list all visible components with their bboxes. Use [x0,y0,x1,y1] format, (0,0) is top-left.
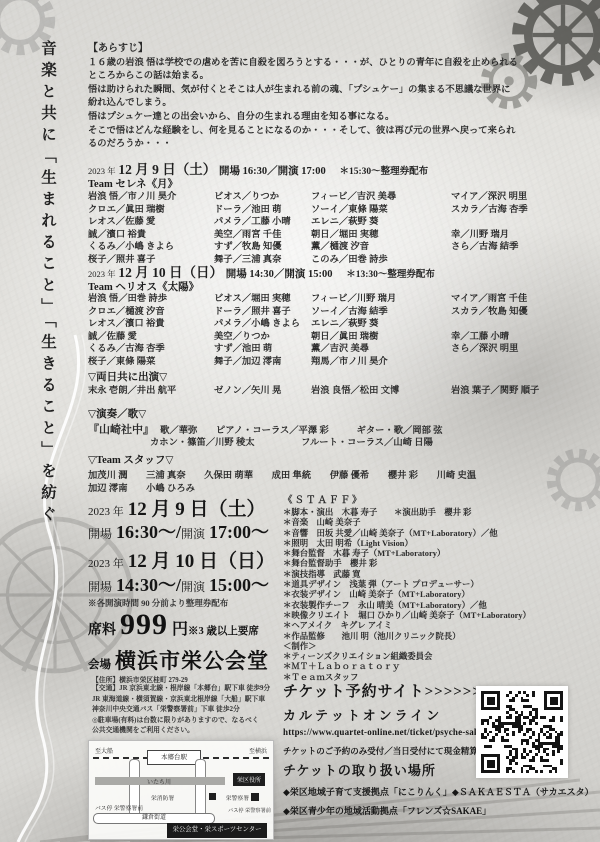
map-bus-stop-right: バス停 栄警察署前 [228,807,271,814]
cast-entry: 幸／工藤 小晴 [451,331,580,344]
map-fire-station-label: 栄消防署 [151,793,174,802]
price-line: 席料 999 円※3 歳以上要席 [88,608,259,642]
synopsis-line: るのだろうか・・・ [88,138,566,152]
staff-line: ＊音楽 山崎 美奈子 [283,518,583,528]
cast-entry: さら／深沢 明里 [451,343,580,356]
staff-line: ＊映像クリエイト 堀口 ひかり／山崎 美奈子（MT+Laboratory） [283,611,583,621]
staff-heading: 《ＳＴＡＦＦ》 [283,492,583,506]
access-line: 公共交通機関をご利用ください。 [92,726,292,737]
cast-entry: 誠／佐藤 愛 [88,331,214,344]
cast-entry: エレニ／萩野 葵 [311,216,451,229]
staff-credits: 《ＳＴＡＦＦ》 ＊脚本・演出 木暮 寿子 ＊演出助手 櫻井 彩 ＊音楽 山崎 美… [283,492,583,683]
staff-line: ＜制作＞ [283,642,583,652]
day1-ticket-note: ＊15:30～整理券配布 [340,167,429,177]
cast-entry: ビオス／りつか [214,191,311,204]
synopsis-heading: 【あらすじ】 [88,42,566,56]
cast-entry: すず／池田 萌 [214,343,311,356]
access-line: 【交通】JR 京浜東北線・根岸線「本郷台」駅下車 徒歩9分 [92,684,292,695]
day2-year: 2023 年 [88,269,116,279]
staff-line: ＊照明 太田 明希（Light Vision） [283,539,583,549]
open-time-2: 14:30～ [116,575,176,595]
cast-entry: フィービ／吉沢 美尋 [311,191,451,204]
map-river-label: いたち川 [147,777,171,786]
venue-map: 至大船 本郷台駅 至横浜 いたち川 栄区役所 栄消防署 バス停 栄警察署前 栄警… [88,740,274,840]
staff-line: ＊衣装デザイン 山崎 美奈子（MT+Laboratory） [283,590,583,600]
open-label: 開場 [88,527,112,541]
access-info: 【交通】JR 京浜東北線・根岸線「本郷台」駅下車 徒歩9分 JR 東海道線・横須… [92,684,292,737]
cast-entry: 翔馬／市ノ川 昊介 [311,356,451,369]
cast-grid-selene: 岩浪 悟／市ノ川 昊介ビオス／りつかフィービ／吉沢 美尋マイア／深沢 明里 クロ… [88,191,580,267]
staff-line: ＊衣装製作チーフ 永山 晴美（MT+Laboratory）／他 [283,601,583,611]
venue-name: 横浜市栄公会堂 [115,649,269,673]
cast-entry: くるみ／古海 杏季 [88,343,214,356]
staff-line: ＊舞台監督助手 櫻井 彩 [283,559,583,569]
schedule-day-2: 12 月 10 日（日） [128,551,275,572]
staff-line: ＊ＭＴ＋Ｌａｂｏｒａｔｏｒｙ [283,662,583,672]
music-members-2: カホン・篠笛／川野 稜太 フルート・コーラス／山崎 日陽 [150,438,433,448]
day1-time: 開場 16:30／開演 17:00 [219,166,326,177]
access-line: JR 東海道線・横須賀線・京浜東北根岸線「大船」駅下車 [92,695,292,706]
cast-entry: 美空／りつか [214,331,311,344]
cast-entry: 薫／吉沢 美尋 [311,343,451,356]
open-label: 開場 [88,580,112,594]
music-heading: ▽演奏／歌▽ [88,406,146,421]
schedule-year-2: 2023 年 [88,558,124,570]
vertical-headline: 音楽と共に「生まれること」「生きること」を紡ぐ [36,40,58,540]
day2-ticket-note: ＊13:30～整理券配布 [346,270,435,280]
ticket-place: ◆栄区青少年の地域活動拠点「フレンズ☆SAKAE」 [283,804,583,817]
cast-entry: 桜子／東條 陽菜 [88,356,214,369]
cast-entry: フィービ／川野 瑞月 [311,293,451,306]
schedule-date-2: 2023 年 12 月 10 日（日） [88,546,275,573]
cast-entry: 岩浪 葉子／関野 順子 [451,385,580,398]
cast-entry: スカラ／古海 杏季 [451,204,580,217]
cast-entry: 末永 壱朗／井出 航平 [88,385,214,398]
staff-line: ＊道具デザイン 浅葉 弾（アート プロデューサー） [283,580,583,590]
day2-date: 12 月 10 日（日） [118,265,223,280]
cast-entry: 美空／雨宮 千佳 [214,229,311,242]
both-days-heading: ▽両日共に出演▽ [88,369,167,384]
cast-entry: スカラ／牧島 知優 [451,306,580,319]
music-group-name: 『山崎社中』 [88,424,149,436]
staff-line: ＊作品監修 池川 明（池川クリニック院長） [283,632,583,642]
cast-entry: レオス／佐藤 愛 [88,216,214,229]
cast-entry [451,216,580,229]
team-selene-name: Team セレネ《月》 [88,176,178,191]
map-direction-left: 至大船 [95,746,113,755]
cast-entry: ゼノン／矢川 晃 [214,385,311,398]
cast-entry: マイア／雨宮 千佳 [451,293,580,306]
cast-entry [451,356,580,369]
cast-grid-helios: 岩浪 悟／田巻 詩歩ビオス／堀田 実穂フィービ／川野 瑞月マイア／雨宮 千佳 ク… [88,293,580,369]
both-days-grid: 末永 壱朗／井出 航平 ゼノン／矢川 晃 岩浪 良悟／松田 文博 岩浪 葉子／関… [88,385,580,398]
synopsis-line: １６歳の岩浪 悟は学校での虐めを苦に自殺を図ろうとする・・・が、ひとりの青年に自… [88,57,566,71]
cast-entry: レオス／濱口 裕貴 [88,318,214,331]
cast-entry: 岩浪 悟／市ノ川 昊介 [88,191,214,204]
schedule-times-2: 開場 14:30～/開演 15:00～ [88,571,269,597]
staff-line: ＊ヘアメイク キグレ アイミ [283,621,583,631]
start-label: 開演 [181,527,205,541]
day1-date: 12 月 9 日（土） [118,162,216,177]
map-direction-right: 至横浜 [249,746,267,755]
cast-entry: ドーラ／照井 喜子 [214,306,311,319]
qr-code [476,686,568,778]
staff-line: ＊舞台監督 木暮 寿子（MT+Laboratory） [283,549,583,559]
synopsis-line: 紛れ込んでしまう。 [88,97,566,111]
cast-entry [451,318,580,331]
cast-entry: ソーイ／東條 陽菜 [311,204,451,217]
map-police-marker [251,793,259,801]
cast-entry: くるみ／小嶋 きよら [88,241,214,254]
price-unit: 円 [172,621,188,638]
venue-line: 会場 横浜市栄公会堂 [88,645,269,675]
team-staff-row-1: 加茂川 潤 三浦 真奈 久保田 萌華 成田 隼統 伊藤 優希 櫻井 彩 川崎 史… [88,467,578,481]
venue-label: 会場 [88,659,111,671]
venue-address: 【住所】横浜市栄区桂町 279-29 [92,674,188,684]
day2-time: 開場 14:30／開演 15:00 [226,269,333,280]
synopsis-block: 【あらすじ】 １６歳の岩浪 悟は学校での虐めを苦に自殺を図ろうとする・・・が、ひ… [88,42,566,152]
staff-line: ＊音響 田坂 共愛／山崎 美奈子（MT+Laboratory）／他 [283,529,583,539]
map-police-label: 栄警察署 [226,793,249,802]
cast-entry: エレニ／萩野 葵 [311,318,451,331]
cast-entry: 朝日／堀田 実穂 [311,229,451,242]
access-line: 神奈川中央交通バス「栄警察署前」下車 徒歩2分 [92,705,292,716]
map-station: 本郷台駅 [147,750,201,765]
qr-pattern [481,691,563,773]
cast-entry: マイア／深沢 明里 [451,191,580,204]
cast-entry: 幸／川野 瑞月 [451,229,580,242]
cast-entry: 朝日／眞田 瑞樹 [311,331,451,344]
synopsis-line: 悟は助けられた瞬間、気が付くとそこは人が生まれる前の魂、「プシュケー」の集まる不… [88,84,566,98]
qr-finder [544,691,563,710]
cast-entry: パメラ／小嶋 きよら [214,318,311,331]
cast-entry: さら／古海 結季 [451,241,580,254]
day1-year: 2023 年 [88,166,116,176]
cast-entry: すず／牧島 知優 [214,241,311,254]
synopsis-line: 悟はプシュケー達との出会いから、自分の生まれる理由を知る事になる。 [88,111,566,125]
cast-entry: 舞子／加辺 澪南 [214,356,311,369]
map-bus-stop-left: バス停 栄警察署前 [95,803,143,812]
cast-entry: パメラ／工藤 小晴 [214,216,311,229]
qr-finder [481,691,500,710]
day1-date-line: 2023 年 12 月 9 日（土） 開場 16:30／開演 17:00 ＊15… [88,158,578,178]
synopsis-line: そこで悟はどんな経験をし、何を見ることになるのか・・・そして、彼は再び元の世界へ… [88,125,566,139]
music-line-2: カホン・篠笛／川野 稜太 フルート・コーラス／山崎 日陽 [150,434,600,448]
ticket-place: ◆栄区地域子育て支援拠点「にこりんく」◆ＳＡＫＡＥＳＴＡ（サカエスタ） [283,785,583,798]
price-value: 999 [120,608,168,641]
map-fire-station-marker [209,793,216,800]
map-venue-box: 栄公会堂・栄スポーツセンター [167,823,267,838]
day2-date-line: 2023 年 12 月 10 日（日） 開場 14:30／開演 15:00 ＊1… [88,261,578,281]
staff-line: ＊脚本・演出 木暮 寿子 ＊演出助手 櫻井 彩 [283,508,583,518]
cast-entry: 薫／樋渡 汐音 [311,241,451,254]
staff-line: ＊演技指導 武藤 寛 [283,570,583,580]
cast-entry: 誠／濱口 裕貴 [88,229,214,242]
staff-line: ＊ティーンズクリエイション組織委員会 [283,652,583,662]
price-label: 席料 [88,623,116,638]
team-staff-heading: ▽Team スタッフ▽ [88,452,173,467]
start-label: 開演 [181,580,205,594]
access-line: ◎駐車場(有料)は台数に限りがありますので、なるべく [92,716,292,727]
qr-finder [481,754,500,773]
cast-entry: 岩浪 良悟／松田 文博 [311,385,451,398]
cast-entry: ビオス／堀田 実穂 [214,293,311,306]
schedule-year-1: 2023 年 [88,506,124,518]
team-helios-name: Team ヘリオス《太陽》 [88,279,199,294]
flyer-page: 音楽と共に「生まれること」「生きること」を紡ぐ 【あらすじ】 １６歳の岩浪 悟は… [0,0,600,842]
map-ward-office: 栄区役所 [233,773,265,786]
cast-entry: クロエ／眞田 瑞樹 [88,204,214,217]
schedule-day-1: 12 月 9 日（土） [128,499,266,520]
synopsis-line: ところからこの話は始まる。 [88,70,566,84]
start-time-1: 17:00～ [209,522,269,542]
schedule-date-1: 2023 年 12 月 9 日（土） [88,494,266,521]
schedule-times-1: 開場 16:30～/開演 17:00～ [88,518,269,544]
cast-entry: 岩浪 悟／田巻 詩歩 [88,293,214,306]
open-time-1: 16:30～ [116,522,176,542]
cast-entry: ソーイ／古海 結季 [311,306,451,319]
cast-entry: クロエ／樋渡 汐音 [88,306,214,319]
start-time-2: 15:00～ [209,575,269,595]
price-note: ※3 歳以上要席 [188,626,259,637]
cast-entry: ドーラ／池田 萌 [214,204,311,217]
